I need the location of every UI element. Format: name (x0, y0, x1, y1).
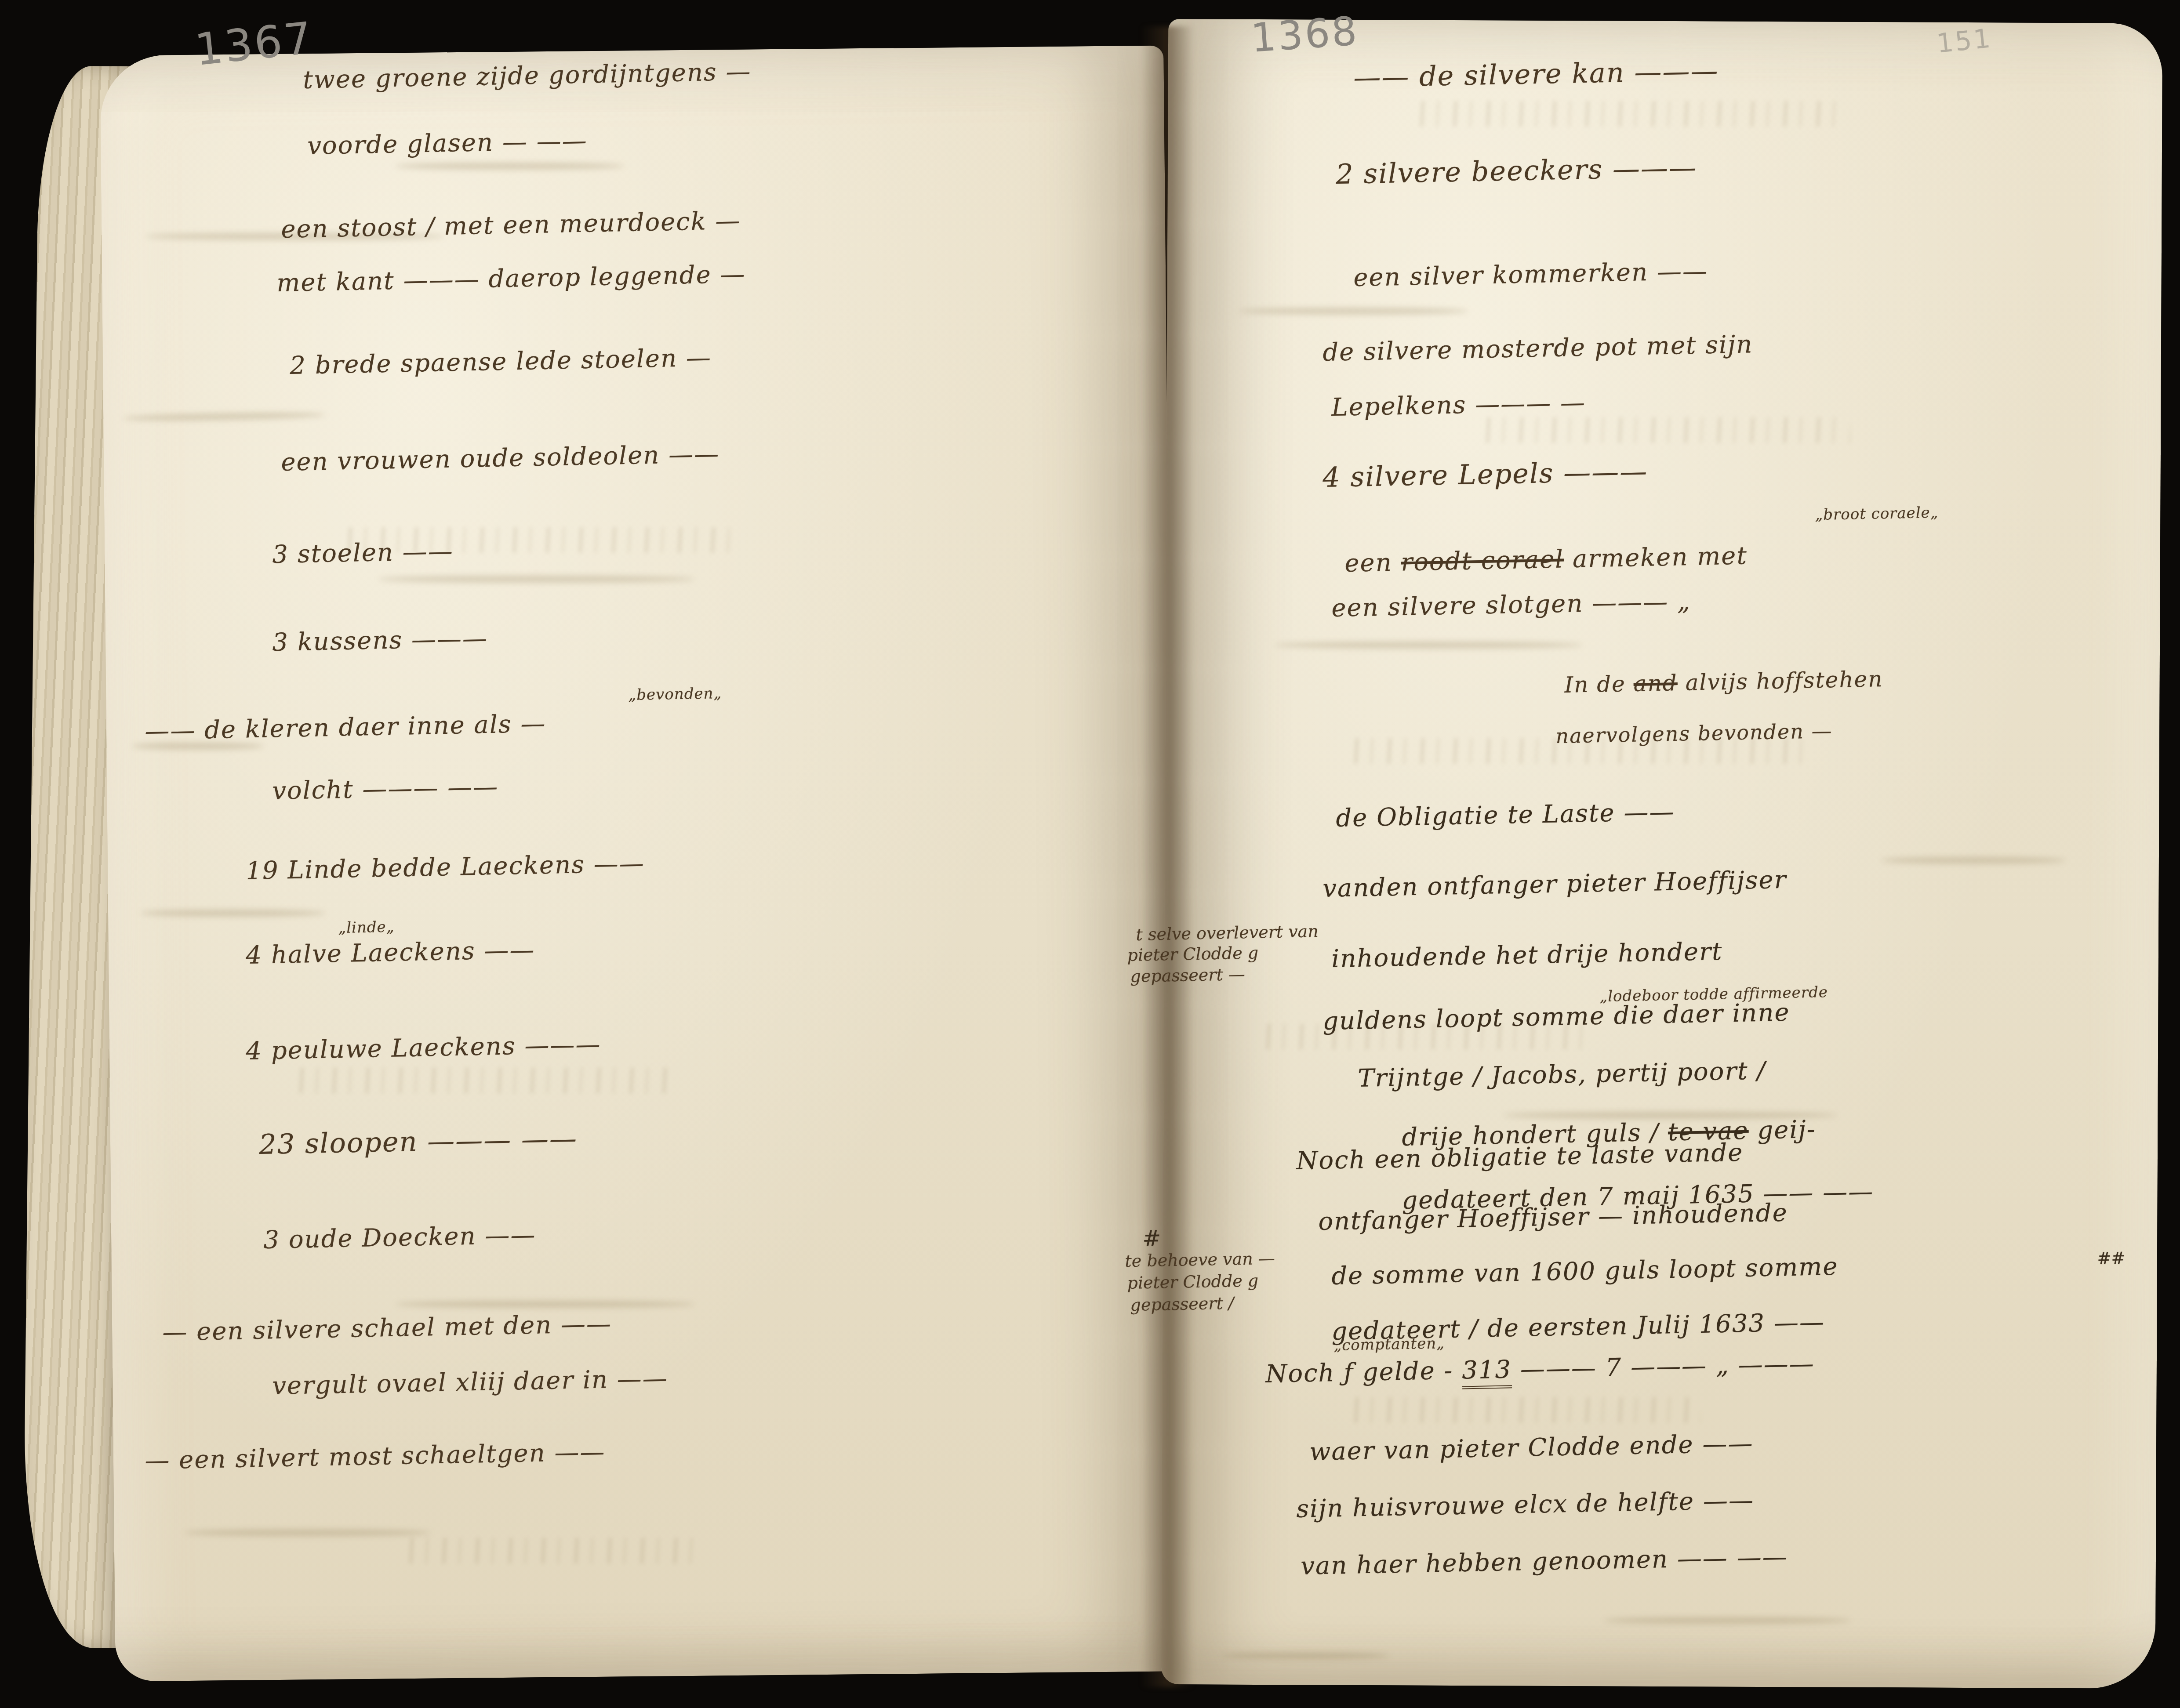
line-text: armeken met (1563, 541, 1748, 573)
margin-note-line: pieter Clodde g (1127, 1271, 1258, 1293)
line-text: ——— 7 ——— „ ——— (1511, 1349, 1815, 1384)
bleed-through-smudge (1472, 417, 1850, 443)
margin-note-line: t selve overlevert van (1136, 921, 1319, 944)
line-text: Noch ƒ gelde - (1265, 1356, 1462, 1389)
bleed-through-stroke (141, 910, 325, 917)
strikethrough-text: and (1633, 670, 1678, 696)
corner-folio-number: 151 (1935, 23, 1994, 59)
manuscript-line: 3 stoelen —— (272, 537, 454, 569)
interline-insertion: „linde„ (338, 918, 395, 937)
interline-insertion: „broot coraele„ (1815, 504, 1939, 524)
bleed-through-stroke (1604, 1617, 1850, 1624)
manuscript-line: voorde glasen — —— (307, 127, 588, 160)
manuscript-line: volcht ——— —— (272, 772, 499, 805)
bleed-through-stroke (1275, 642, 1582, 649)
amount-value: 313 (1462, 1355, 1512, 1389)
strikethrough-text: roodt corael (1401, 545, 1564, 577)
bleed-through-stroke (1222, 1652, 1389, 1659)
line-text: een (1344, 548, 1401, 578)
margin-note-line: gepasseert / (1130, 1293, 1234, 1315)
gutter-shadow (1141, 26, 1194, 1687)
bleed-through-smudge (1406, 101, 1837, 127)
line-text: alvijs hoffstehen (1677, 666, 1883, 696)
bleed-through-stroke (1881, 857, 2066, 864)
reference-hash-mark: # (1142, 1226, 1161, 1251)
bleed-through-stroke (378, 576, 694, 583)
folio-number-right: 1368 (1250, 8, 1360, 62)
bleed-through-stroke (185, 1529, 431, 1536)
bleed-through-smudge (396, 1538, 703, 1563)
manuscript-line: Lepelkens ——— — (1331, 388, 1586, 422)
margin-note-line: pieter Clodde g (1127, 943, 1258, 965)
interline-insertion: „bevonden„ (628, 685, 722, 704)
margin-note-line: te behoeve van — (1125, 1248, 1275, 1271)
manuscript-line: 3 kussens ——— (272, 624, 488, 657)
bleed-through-smudge (1341, 1397, 1701, 1423)
interline-insertion: „comptanten„ (1333, 1334, 1445, 1354)
line-text: In de (1564, 671, 1634, 698)
margin-note-line: gepasseert — (1130, 965, 1245, 986)
manuscript-line: 4 halve Laeckens —— (246, 936, 535, 970)
reference-hash-mark: ## (2097, 1248, 2125, 1268)
bleed-through-smudge (286, 1068, 672, 1093)
line-text: geij- (1748, 1115, 1816, 1145)
bleed-through-stroke (396, 163, 624, 170)
manuscript-line: 4 silvere Lepels ——— (1323, 455, 1648, 493)
bleed-through-stroke (1239, 308, 1468, 315)
manuscript-line: 23 sloopen ——— —— (259, 1122, 578, 1160)
manuscript-line: 3 oude Doecken —— (263, 1221, 536, 1255)
manuscript-photo: 1367 1368 151 twee groene zijde gordijnt… (0, 0, 2180, 1708)
bleed-through-stroke (396, 1301, 694, 1308)
